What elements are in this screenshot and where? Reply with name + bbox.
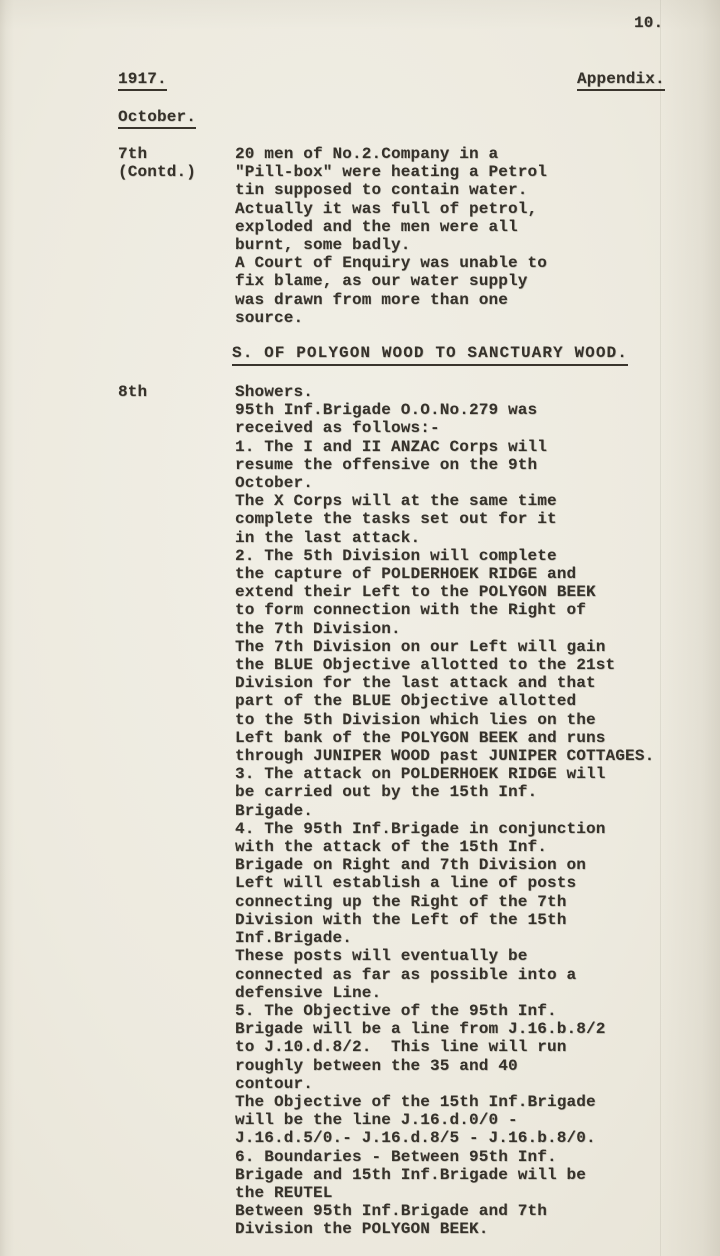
text-line: extend their Left to the POLYGON BEEK (235, 583, 695, 601)
text-line: received as follows:- (235, 419, 695, 437)
text-line: Showers. (235, 383, 695, 401)
text-line: Brigade will be a line from J.16.b.8/2 (235, 1020, 695, 1038)
text-line: exploded and the men were all (235, 218, 695, 236)
text-line: to the 5th Division which lies on the (235, 711, 695, 729)
text-line: Between 95th Inf.Brigade and 7th (235, 1202, 695, 1220)
text-line: J.16.d.5/0.- J.16.d.8/5 - J.16.b.8/0. (235, 1129, 695, 1147)
text-line: A Court of Enquiry was unable to (235, 254, 695, 272)
entry-body: 20 men of No.2.Company in a"Pill-box" we… (235, 145, 695, 327)
text-line: 6. Boundaries - Between 95th Inf. (235, 1148, 695, 1166)
text-line: contour. (235, 1075, 695, 1093)
text-line: These posts will eventually be (235, 947, 695, 965)
text-line: 20 men of No.2.Company in a (235, 145, 695, 163)
entry-date: 7th (118, 145, 228, 163)
entry-date-note: (Contd.) (118, 163, 228, 181)
text-line: source. (235, 309, 695, 327)
page-number: 10. (634, 14, 663, 32)
appendix-heading: Appendix. (577, 70, 665, 91)
month-heading-text: October. (118, 108, 196, 129)
text-line: resume the offensive on the 9th (235, 456, 695, 474)
text-line: Actually it was full of petrol, (235, 200, 695, 218)
text-line: the 7th Division. (235, 620, 695, 638)
text-line: connected as far as possible into a (235, 966, 695, 984)
text-line: Left will establish a line of posts (235, 874, 695, 892)
text-line: The X Corps will at the same time (235, 492, 695, 510)
text-line: in the last attack. (235, 529, 695, 547)
appendix-heading-text: Appendix. (577, 70, 665, 91)
text-line: tin supposed to contain water. (235, 181, 695, 199)
text-line: Brigade. (235, 802, 695, 820)
text-line: Division the POLYGON BEEK. (235, 1220, 695, 1238)
text-line: The 7th Division on our Left will gain (235, 638, 695, 656)
text-line: through JUNIPER WOOD past JUNIPER COTTAG… (235, 747, 695, 765)
year-heading: 1917. (118, 70, 167, 91)
text-line: Division with the Left of the 15th (235, 911, 695, 929)
text-line: the REUTEL (235, 1184, 695, 1202)
text-line: October. (235, 474, 695, 492)
document-page: 10. 1917. Appendix. October. 7th (Contd.… (0, 0, 720, 1256)
text-line: roughly between the 35 and 40 (235, 1057, 695, 1075)
text-line: 5. The Objective of the 95th Inf. (235, 1002, 695, 1020)
entry-date-label: 8th (118, 383, 228, 401)
text-line: 2. The 5th Division will complete (235, 547, 695, 565)
text-line: Division for the last attack and that (235, 674, 695, 692)
text-line: The Objective of the 15th Inf.Brigade (235, 1093, 695, 1111)
text-line: will be the line J.16.d.0/0 - (235, 1111, 695, 1129)
text-line: 1. The I and II ANZAC Corps will (235, 438, 695, 456)
text-line: to form connection with the Right of (235, 601, 695, 619)
text-line: Left bank of the POLYGON BEEK and runs (235, 729, 695, 747)
text-line: be carried out by the 15th Inf. (235, 783, 695, 801)
text-line: 95th Inf.Brigade O.O.No.279 was (235, 401, 695, 419)
entry-date: 8th (118, 383, 228, 401)
text-line: complete the tasks set out for it (235, 510, 695, 528)
text-line: to J.10.d.8/2. This line will run (235, 1038, 695, 1056)
text-line: defensive Line. (235, 984, 695, 1002)
text-line: part of the BLUE Objective allotted (235, 692, 695, 710)
month-heading: October. (118, 108, 196, 129)
text-line: fix blame, as our water supply (235, 272, 695, 290)
text-line: connecting up the Right of the 7th (235, 893, 695, 911)
text-line: the capture of POLDERHOEK RIDGE and (235, 565, 695, 583)
entry-date-label: 7th (Contd.) (118, 145, 228, 181)
text-line: Brigade on Right and 7th Division on (235, 856, 695, 874)
year-heading-text: 1917. (118, 70, 167, 91)
text-line: the BLUE Objective allotted to the 21st (235, 656, 695, 674)
text-line: Inf.Brigade. (235, 929, 695, 947)
text-line: Brigade and 15th Inf.Brigade will be (235, 1166, 695, 1184)
entry-body: Showers.95th Inf.Brigade O.O.No.279 wasr… (235, 383, 695, 1239)
text-line: with the attack of the 15th Inf. (235, 838, 695, 856)
text-line: burnt, some badly. (235, 236, 695, 254)
text-line: was drawn from more than one (235, 291, 695, 309)
text-line: "Pill-box" were heating a Petrol (235, 163, 695, 181)
text-line: 4. The 95th Inf.Brigade in conjunction (235, 820, 695, 838)
section-heading: S. OF POLYGON WOOD TO SANCTUARY WOOD. (232, 344, 628, 366)
text-line: 3. The attack on POLDERHOEK RIDGE will (235, 765, 695, 783)
